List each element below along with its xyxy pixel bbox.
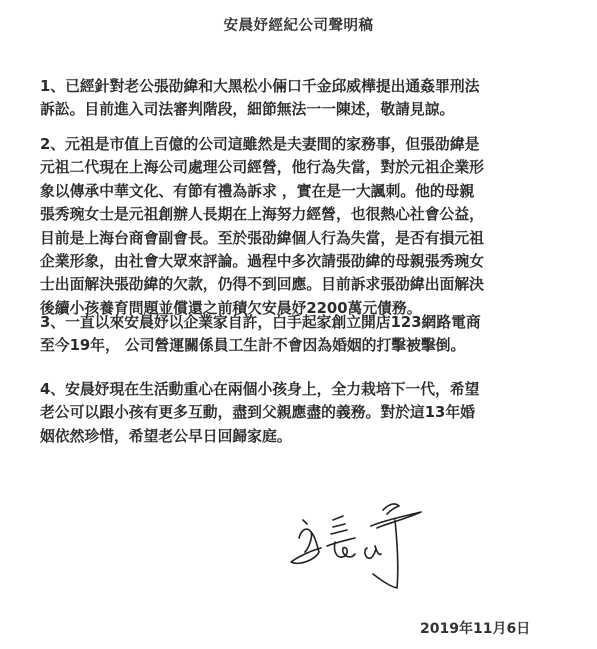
paragraph-3: 3、一直以來安晨妤以企業家自許，白手起家創立開店123網路電商 至今19年， 公… xyxy=(40,311,565,358)
text-line: 3、一直以來安晨妤以企業家自許，白手起家創立開店123網路電商 xyxy=(40,311,565,334)
statement-date: 2019年11月6日 xyxy=(420,618,530,638)
text-line: 象以傳承中華文化、有節有禮為訴求 ，實在是一大諷刺。他的母親 xyxy=(40,180,565,203)
text-line: 訴訟。目前進入司法審判階段，細節無法一一陳述，敬請見諒。 xyxy=(40,98,565,121)
text-line: 4、安晨妤現在生活動重心在兩個小孩身上，全力栽培下一代，希望 xyxy=(40,378,565,401)
document-title: 安晨妤經紀公司聲明稿 xyxy=(0,14,597,35)
text-line: 目前是上海台商會副會長。至於張劭緯個人行為失當，是否有損元祖 xyxy=(40,227,565,250)
text-line: 張秀琬女士是元祖創辦人長期在上海努力經營，也很熱心社會公益， xyxy=(40,203,565,226)
text-line: 2、元祖是市值上百億的公司這雖然是夫妻間的家務事，但張劭緯是 xyxy=(40,133,565,156)
text-line: 企業形象，由社會大眾來評論。過程中多次請張劭緯的母親張秀琬女 xyxy=(40,250,565,273)
text-line: 1、已經針對老公張劭緯和大黑松小倆口千金邱威樺提出通姦罪刑法 xyxy=(40,75,565,98)
signature-image xyxy=(285,490,455,595)
text-line: 至今19年， 公司營運關係員工生計不會因為婚姻的打擊被擊倒。 xyxy=(40,334,565,357)
text-line: 元祖二代現在上海公司處理公司經營，他行為失當，對於元祖企業形 xyxy=(40,156,565,179)
text-line: 姻依然珍惜，希望老公早日回歸家庭。 xyxy=(40,425,565,448)
paragraph-1: 1、已經針對老公張劭緯和大黑松小倆口千金邱威樺提出通姦罪刑法 訴訟。目前進入司法… xyxy=(40,75,565,122)
paragraph-4: 4、安晨妤現在生活動重心在兩個小孩身上，全力栽培下一代，希望 老公可以跟小孩有更… xyxy=(40,378,565,448)
text-line: 老公可以跟小孩有更多互動，盡到父親應盡的義務。對於這13年婚 xyxy=(40,401,565,424)
paragraph-2: 2、元祖是市值上百億的公司這雖然是夫妻間的家務事，但張劭緯是 元祖二代現在上海公… xyxy=(40,133,565,320)
text-line: 士出面解決張劭緯的欠款，仍得不到回應。目前訴求張劭緯出面解決 xyxy=(40,273,565,296)
